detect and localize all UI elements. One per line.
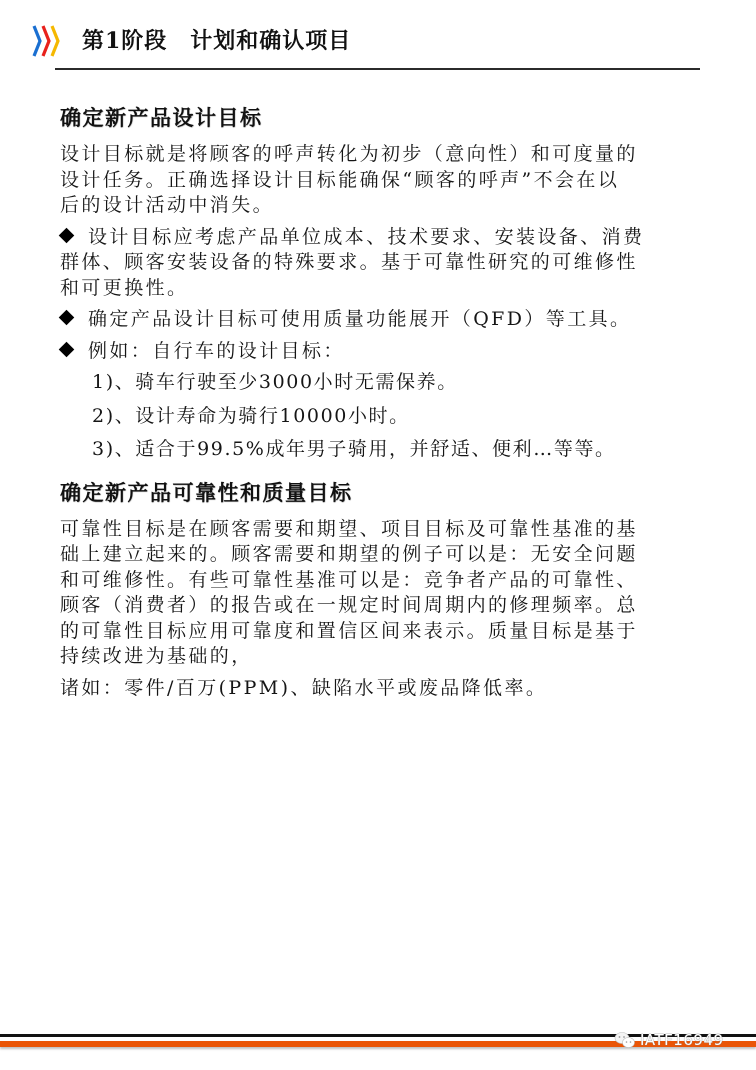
page-header: 第1阶段 计划和确认项目 bbox=[0, 0, 756, 72]
diamond-bullet-icon bbox=[60, 311, 74, 325]
bullet-text: 设计目标应考虑产品单位成本、技术要求、安装设备、消费 群体、顾客安装设备的特殊要… bbox=[60, 226, 644, 299]
body-paragraph: 可靠性目标是在顾客需要和期望、项目目标及可靠性基准的基 础上建立起来的。顾客需要… bbox=[60, 517, 710, 670]
bullet-text: 确定产品设计目标可使用质量功能展开（QFD）等工具。 bbox=[88, 308, 631, 330]
closing-paragraph: 诸如：零件/百万(PPM)、缺陷水平或废品降低率。 bbox=[60, 676, 710, 702]
page-footer: IATF16949 bbox=[0, 1030, 756, 1070]
watermark-text: IATF16949 bbox=[640, 1031, 724, 1049]
header-divider bbox=[55, 68, 700, 70]
intro-paragraph: 设计目标就是将顾客的呼声转化为初步（意向性）和可度量的 设计任务。正确选择设计目… bbox=[60, 142, 710, 219]
example-item: 1)、骑车行驶至少3000小时无需保养。 bbox=[92, 370, 710, 396]
chevrons-logo-icon bbox=[32, 24, 62, 58]
bullet-item: 设计目标应考虑产品单位成本、技术要求、安装设备、消费 群体、顾客安装设备的特殊要… bbox=[60, 225, 710, 302]
section-heading: 确定新产品设计目标 bbox=[60, 102, 710, 134]
page-title: 第1阶段 计划和确认项目 bbox=[82, 26, 351, 56]
bullet-item: 确定产品设计目标可使用质量功能展开（QFD）等工具。 bbox=[60, 307, 710, 333]
section-design-goals: 确定新产品设计目标 设计目标就是将顾客的呼声转化为初步（意向性）和可度量的 设计… bbox=[60, 102, 710, 463]
example-item: 2)、设计寿命为骑行10000小时。 bbox=[92, 404, 710, 430]
section-heading: 确定新产品可靠性和质量目标 bbox=[60, 477, 710, 509]
bullet-item: 例如：自行车的设计目标： bbox=[60, 339, 710, 365]
watermark: IATF16949 bbox=[614, 1030, 724, 1050]
bullet-text: 例如：自行车的设计目标： bbox=[88, 340, 345, 362]
wechat-icon bbox=[614, 1031, 636, 1049]
page-content: 确定新产品设计目标 设计目标就是将顾客的呼声转化为初步（意向性）和可度量的 设计… bbox=[60, 102, 710, 707]
diamond-bullet-icon bbox=[60, 343, 74, 357]
diamond-bullet-icon bbox=[60, 229, 74, 243]
example-item: 3)、适合于99.5%成年男子骑用，并舒适、便利…等等。 bbox=[92, 437, 710, 463]
section-reliability-goals: 确定新产品可靠性和质量目标 可靠性目标是在顾客需要和期望、项目目标及可靠性基准的… bbox=[60, 477, 710, 702]
